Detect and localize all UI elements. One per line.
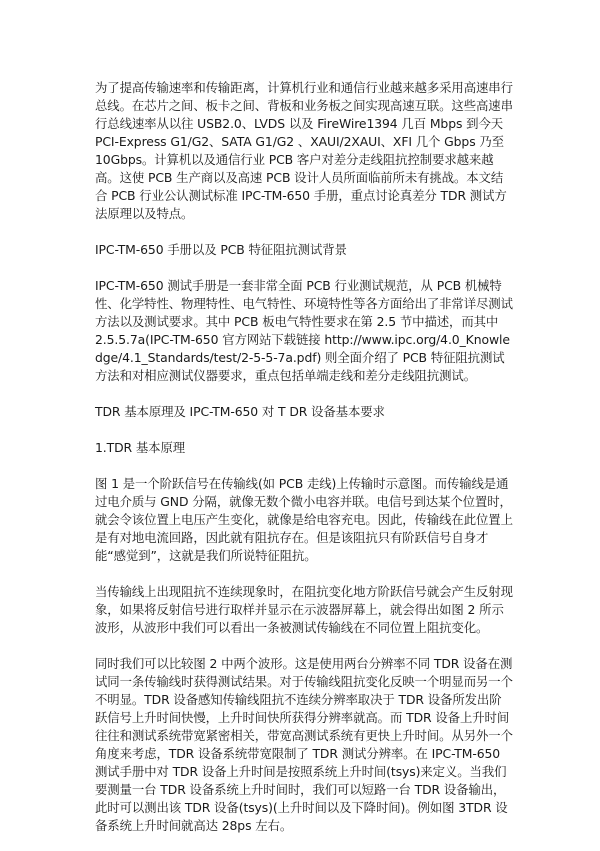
tdr-figure1-paragraph: 图 1 是一个阶跃信号在传输线(如 PCB 走线)上传输时示意图。而传输线是通过… xyxy=(95,475,513,565)
section-heading-ipc-background: IPC-TM-650 手册以及 PCB 特征阻抗测试背景 xyxy=(95,241,513,259)
resolution-rise-time-paragraph: 同时我们可以比较图 2 中两个波形。这是使用两台分辨率不同 TDR 设备在测试同… xyxy=(95,655,513,835)
section-heading-tdr-principles: TDR 基本原理及 IPC-TM-650 对 T DR 设备基本要求 xyxy=(95,403,513,421)
subsection-heading-tdr-basics: 1.TDR 基本原理 xyxy=(95,439,513,457)
document-page: 为了提高传输速率和传输距离，计算机行业和通信行业越来越多采用高速串行总线。在芯片… xyxy=(95,79,513,851)
ipc-description-paragraph: IPC-TM-650 测试手册是一套非常全面 PCB 行业测试规范，从 PCB … xyxy=(95,277,513,385)
impedance-discontinuity-paragraph: 当传输线上出现阻抗不连续现象时，在阻抗变化地方阶跃信号就会产生反射现象，如果将反… xyxy=(95,583,513,637)
intro-paragraph: 为了提高传输速率和传输距离，计算机行业和通信行业越来越多采用高速串行总线。在芯片… xyxy=(95,79,513,223)
